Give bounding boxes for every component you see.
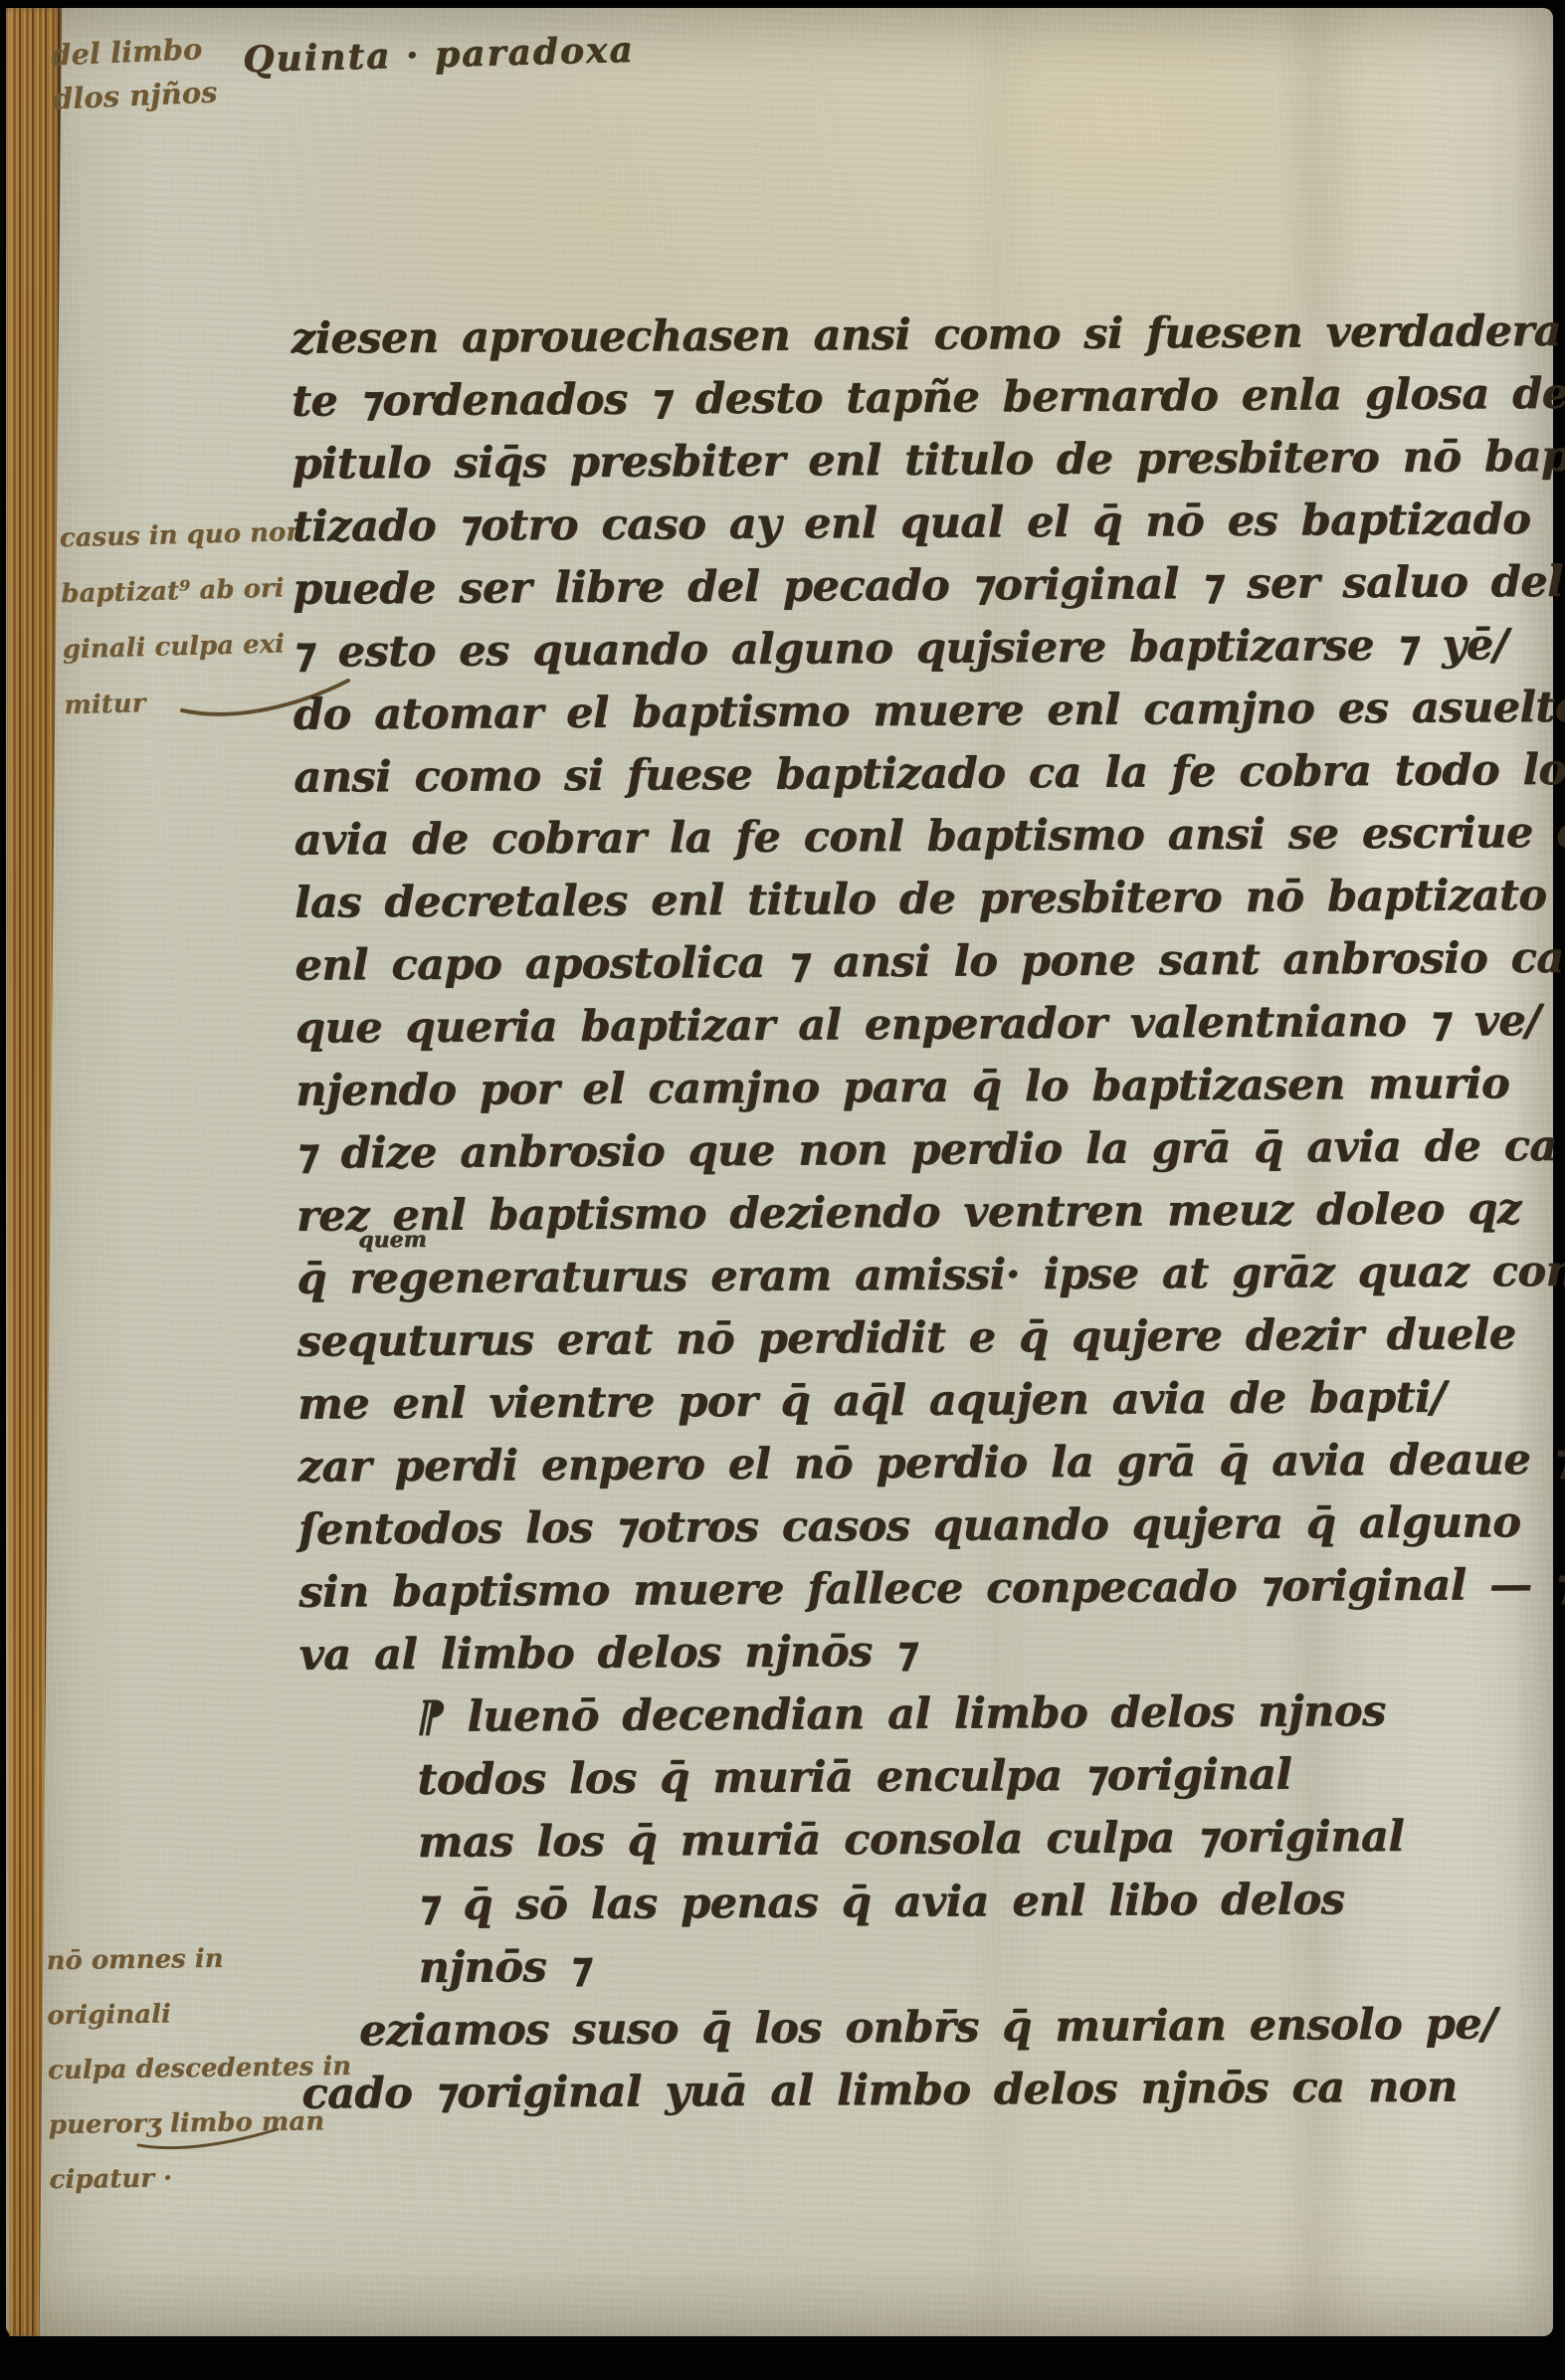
margin-caption: del limbo dlos njños: [50, 26, 218, 120]
manuscript-line: ⁊ esto es quando alguno qujsiere baptiza…: [293, 614, 1496, 684]
manuscript-line-indented: mas los q̄ muriā consola culpa ⁊original: [300, 1805, 1504, 1875]
manuscript-line: cado ⁊original yuā al limbo delos njnōs …: [301, 2056, 1505, 2125]
margin-note-line: ginali culpa exi: [62, 616, 311, 679]
manuscript-line: ziesen aprouechasen ansi como si fuesen …: [291, 300, 1494, 370]
manuscript-line: zar perdi enpero el nō perdio la grā q̄ …: [297, 1429, 1501, 1498]
margin-note-line: casus in quo non: [59, 504, 308, 567]
main-text-block: ziesen aprouechasen ansi como si fuesen …: [291, 300, 1505, 2125]
manuscript-line: eziamos suso q̄ los onbr̄s q̄ murian ens…: [301, 1993, 1505, 2063]
manuscript-line: ⁊ dize anbrosio que non perdio la grā q̄…: [295, 1115, 1499, 1185]
manuscript-line: avia de cobrar la fe conl baptismo ansi …: [294, 802, 1498, 872]
manuscript-line-indented: ⁋ luenō decendian al limbo delos njnos: [299, 1680, 1503, 1749]
manuscript-line-indented: njnōs ⁊: [300, 1930, 1504, 2000]
manuscript-line: me enl vientre por q̄ aq̄l aqujen avia d…: [297, 1366, 1501, 1436]
manuscript-line: pitulo siq̄s presbiter enl titulo de pre…: [292, 426, 1495, 496]
margin-note-underline-flourish: [133, 2125, 283, 2155]
parchment-page: del limbo dlos njños Quinta · paradoxa …: [6, 8, 1553, 2336]
manuscript-line: ſentodos los ⁊otros casos quando qujera …: [298, 1491, 1502, 1561]
manuscript-line-indented: ⁊ q̄ sō las penas q̄ avia enl libo delos: [300, 1868, 1504, 1937]
manuscript-line: sequturus erat nō perdidit e q̄ qujere d…: [297, 1303, 1501, 1373]
manuscript-line: las decretales enl titulo de presbitero …: [294, 865, 1498, 934]
interlinear-gloss: quem: [358, 1229, 427, 1251]
margin-note-line: baptizat⁹ ab ori: [61, 560, 310, 623]
manuscript-scan: del limbo dlos njños Quinta · paradoxa …: [0, 0, 1565, 2380]
manuscript-line: que queria baptizar al enperador valentn…: [295, 990, 1499, 1060]
manuscript-line-indented: todos los q̄ muriā enculpa ⁊original: [299, 1742, 1503, 1812]
manuscript-line: te ⁊ordenados ⁊ desto tapñe bernardo enl…: [292, 363, 1495, 433]
manuscript-line: do atomar el baptismo muere enl camjno e…: [293, 677, 1497, 746]
manuscript-line: ansi como si fuese baptizado ca la fe co…: [293, 739, 1497, 809]
manuscript-line: sin baptismo muere fallece conpecado ⁊or…: [298, 1554, 1502, 1624]
manuscript-line: njendo por el camjno para q̄ lo baptizas…: [295, 1053, 1499, 1122]
margin-note-line: cipatur ·: [49, 2149, 358, 2208]
manuscript-line: va al limbo delos njnōs ⁊: [299, 1617, 1503, 1686]
manuscript-line: rez enl baptismo deziendo ventren meuz d…: [296, 1178, 1500, 1248]
page-heading: Quinta · paradoxa: [243, 29, 636, 81]
manuscript-line: quem q̄ regeneraturus eram amissi· ipse …: [296, 1241, 1500, 1310]
manuscript-line: puede ser libre del pecado ⁊original ⁊ s…: [293, 551, 1496, 621]
margin-caption-line: del limbo: [50, 26, 216, 77]
manuscript-line: tizado ⁊otro caso ay enl qual el q̄ nō e…: [293, 489, 1496, 558]
margin-caption-line: dlos njños: [52, 70, 218, 120]
manuscript-line-text: q̄ regeneraturus eram amissi· ipse at gr…: [296, 1247, 1565, 1304]
manuscript-line: enl capo apostolica ⁊ ansi lo pone sant …: [294, 927, 1498, 997]
